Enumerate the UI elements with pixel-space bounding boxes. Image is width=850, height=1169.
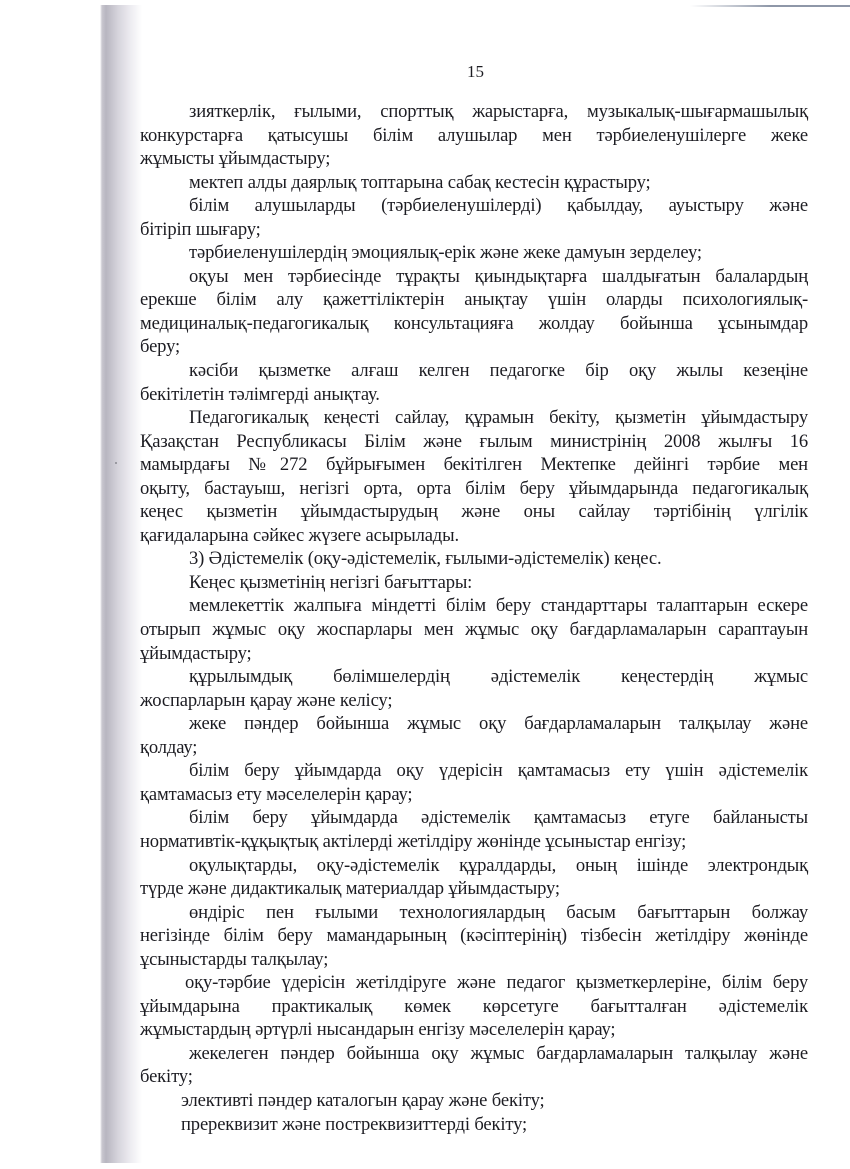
text-line: оқыту, бастауыш, негізгі орта, орта білі… (140, 477, 808, 501)
text-line: Қазақстан Республикасы Білім және ғылым … (140, 430, 808, 454)
text-line: мемлекеттік жалпыға міндетті білім беру … (140, 594, 808, 618)
text-line: білім алушыларды (тәрбиеленушілерді) қаб… (140, 194, 808, 218)
text-line: медициналық-педагогикалық консультацияға… (140, 312, 808, 336)
text-line: конкурстарға қатысушы білім алушылар мен… (140, 124, 808, 148)
text-line: бітіріп шығару; (140, 218, 808, 242)
text-line: ұйымдастыру; (140, 642, 808, 666)
scanned-page: 15 зияткерлік, ғылыми, спорттық жарыстар… (100, 5, 850, 1163)
text-line: пререквизит және постреквизиттерді бекіт… (140, 1113, 808, 1137)
text-line: негізінде білім беру мамандарының (кәсіп… (140, 924, 808, 948)
text-line: ерекше білім алу қажеттіліктерін анықтау… (140, 288, 808, 312)
text-line: мамырдағы №272 бұйрығымен бекітілген Мек… (140, 453, 808, 477)
page-binding-shadow (100, 5, 142, 1163)
text-line: қамтамасыз ету мәселелерін қарау; (140, 783, 808, 807)
text-line: Кеңес қызметінің негізгі бағыттары: (140, 571, 808, 595)
text-line: кәсіби қызметке алғаш келген педагогке б… (140, 359, 808, 383)
text-line: жұмыстардың әртүрлі нысандарын енгізу мә… (140, 1018, 808, 1042)
text-line: бекіту; (140, 1065, 808, 1089)
text-line: жұмысты ұйымдастыру; (140, 147, 808, 171)
text-line: зияткерлік, ғылыми, спорттық жарыстарға,… (140, 100, 808, 124)
text-line: элективті пәндер каталогын қарау және бе… (140, 1089, 808, 1113)
text-line: оқулықтарды, оқу-әдістемелік құралдарды,… (140, 854, 808, 878)
text-line: оқуы мен тәрбиесінде тұрақты қиындықтарғ… (140, 265, 808, 289)
text-line: беру; (140, 335, 808, 359)
text-line: білім беру ұйымдарда әдістемелік қамтама… (140, 806, 808, 830)
text-line: қолдау; (140, 736, 808, 760)
text-line: бекітілетін тәлімгерді анықтау. (140, 383, 808, 407)
text-line: нормативтік-құқықтық актілерді жетілдіру… (140, 830, 808, 854)
page-number: 15 (467, 62, 484, 82)
text-line: жекелеген пәндер бойынша оқу жұмыс бағда… (140, 1042, 808, 1066)
text-line: ұйымдарына практикалық көмек көрсетуге б… (140, 995, 808, 1019)
text-line: өндіріс пен ғылыми технологиялардың басы… (140, 901, 808, 925)
text-line: оқу-тәрбие үдерісін жетілдіруге және пед… (140, 971, 808, 995)
text-line: Педагогикалық кеңесті сайлау, құрамын бе… (140, 406, 808, 430)
scan-speck (115, 462, 117, 464)
text-line: құрылымдық бөлімшелердің әдістемелік кең… (140, 665, 808, 689)
text-line: жеке пәндер бойынша жұмыс оқу бағдарлама… (140, 712, 808, 736)
text-line: отырып жұмыс оқу жоспарлары мен жұмыс оқ… (140, 618, 808, 642)
page-body-text: зияткерлік, ғылыми, спорттық жарыстарға,… (140, 100, 808, 1136)
text-line: түрде және дидактикалық материалдар ұйым… (140, 877, 808, 901)
text-line: кеңес қызметін ұйымдастырудың және оны с… (140, 500, 808, 524)
text-line: қағидаларына сәйкес жүзеге асырылады. (140, 524, 808, 548)
scan-top-edge (690, 5, 850, 7)
text-line: мектеп алды даярлық топтарына сабақ кест… (140, 171, 808, 195)
text-line: ұсыныстарды талқылау; (140, 948, 808, 972)
text-line: тәрбиеленушілердің эмоциялық-ерік және ж… (140, 241, 808, 265)
text-line: 3) Әдістемелік (оқу-әдістемелік, ғылыми-… (140, 547, 808, 571)
text-line: жоспарларын қарау және келісу; (140, 689, 808, 713)
text-line: білім беру ұйымдарда оқу үдерісін қамтам… (140, 759, 808, 783)
